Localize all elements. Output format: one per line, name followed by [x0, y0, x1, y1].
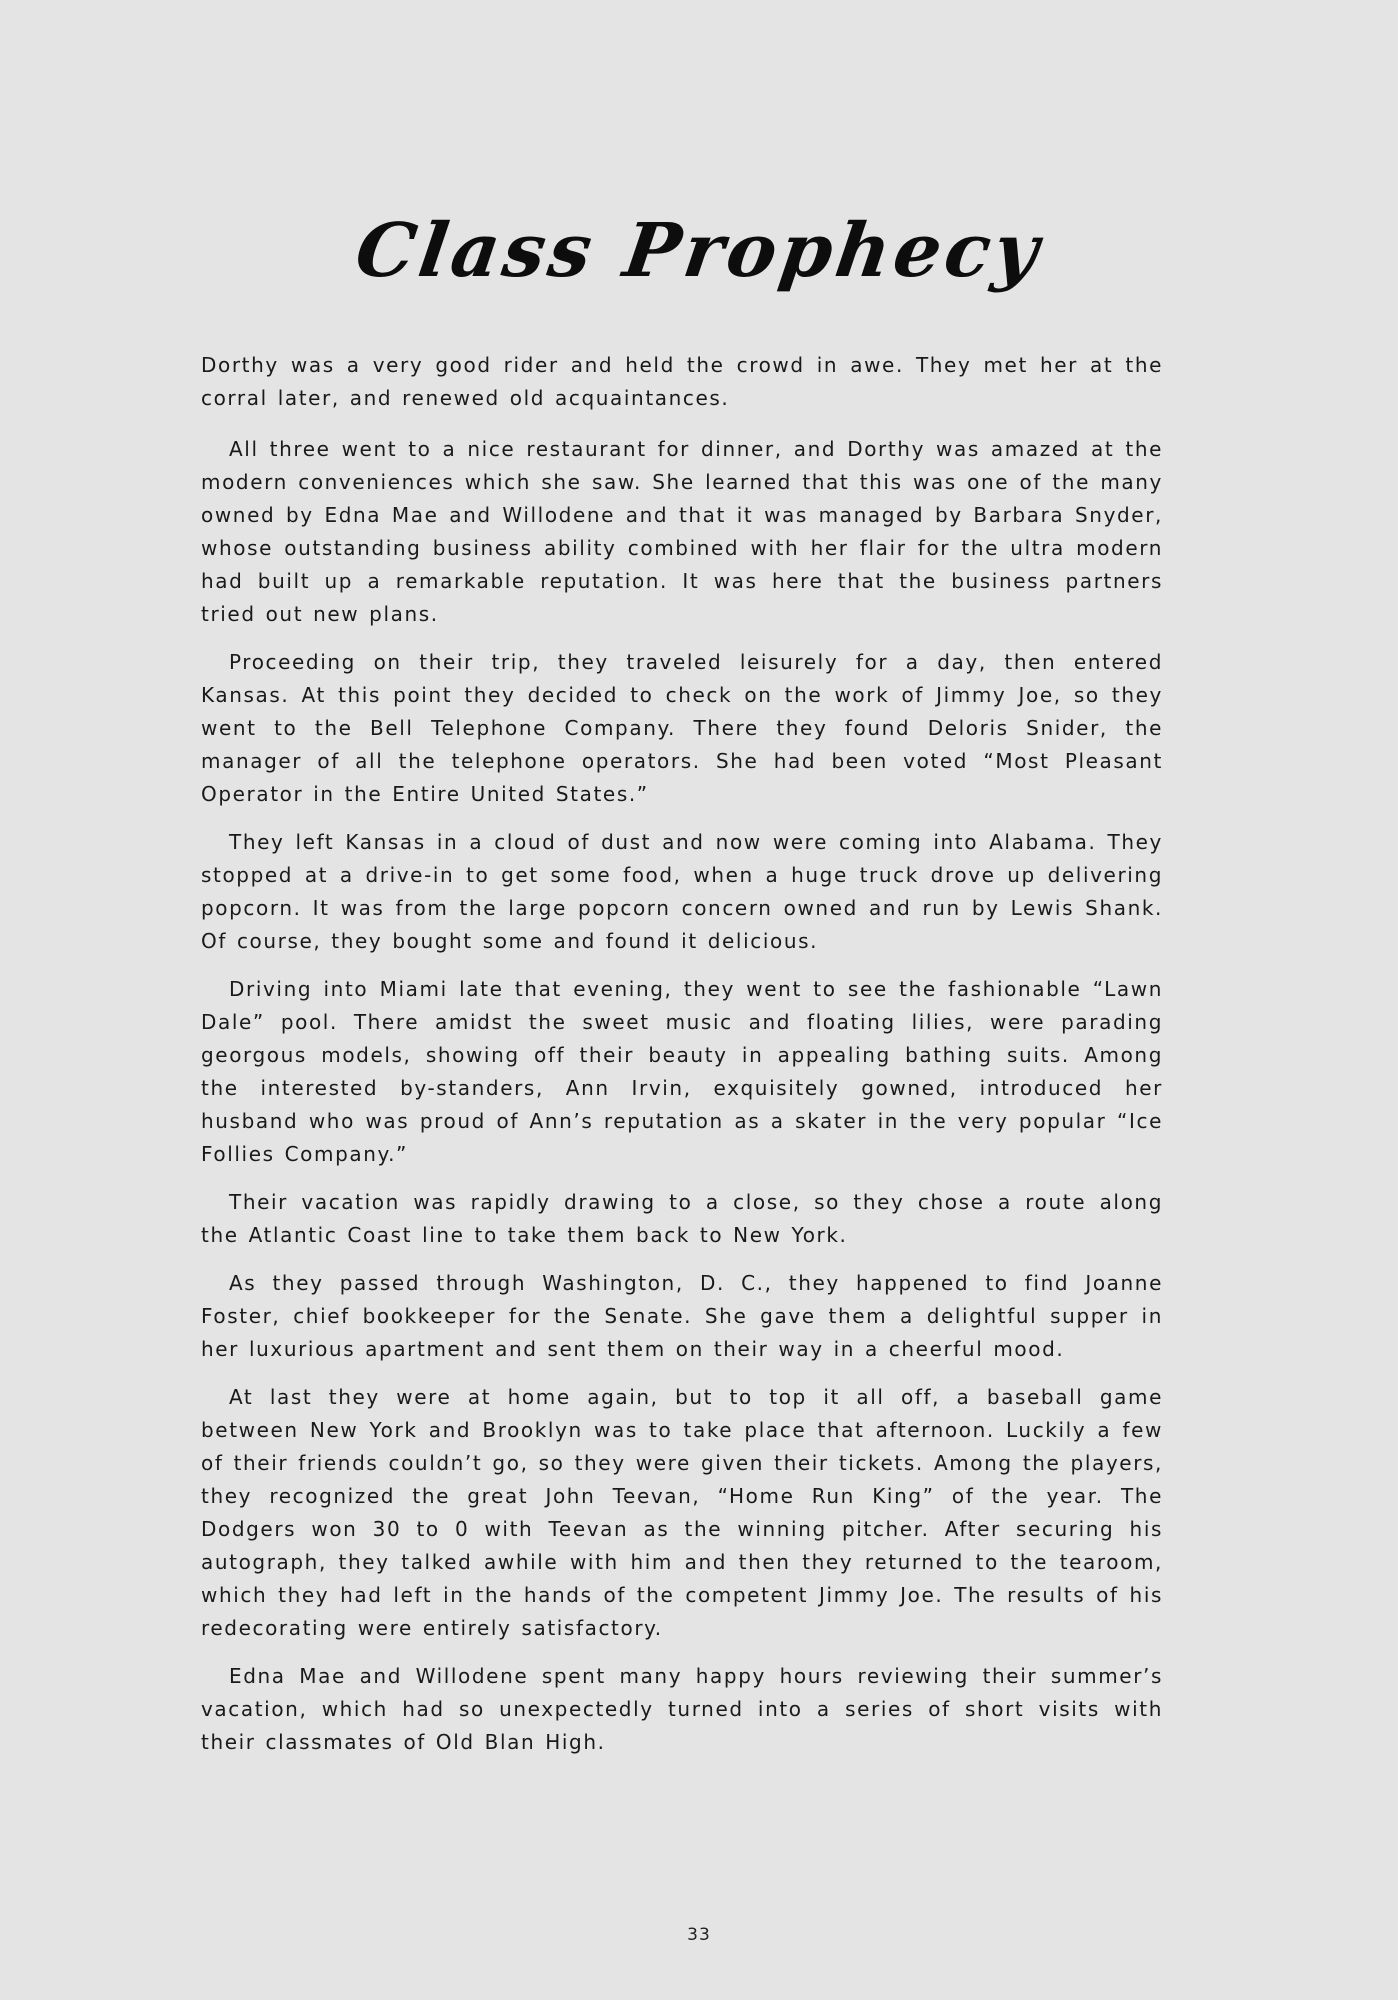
paragraph: Driving into Miami late that evening, th… — [201, 973, 1163, 1171]
paragraph: As they passed through Washington, D. C.… — [201, 1267, 1163, 1366]
page-number: 33 — [0, 1925, 1398, 1945]
paragraph: At last they were at home again, but to … — [201, 1381, 1163, 1645]
body-text: Dorthy was a very good rider and held th… — [201, 349, 1163, 1774]
paragraph: Edna Mae and Willodene spent many happy … — [201, 1660, 1163, 1759]
paragraph: They left Kansas in a cloud of dust and … — [201, 826, 1163, 958]
paragraph: Proceeding on their trip, they traveled … — [201, 646, 1163, 811]
paragraph: Their vacation was rapidly drawing to a … — [201, 1186, 1163, 1252]
paragraph: All three went to a nice restaurant for … — [201, 433, 1163, 631]
page-title: Class Prophecy — [0, 208, 1398, 294]
paragraph: Dorthy was a very good rider and held th… — [201, 349, 1163, 415]
